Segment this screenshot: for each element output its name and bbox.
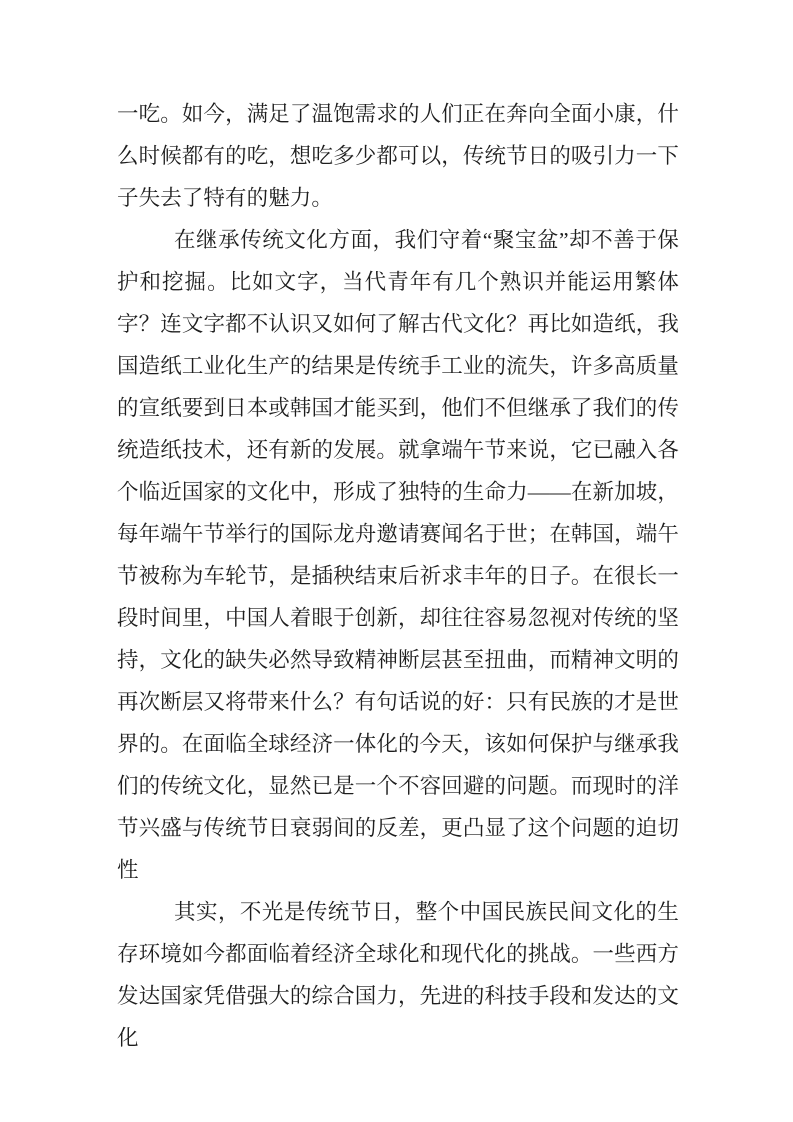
document-text-body: 一吃。如今，满足了温饱需求的人们正在奔向全面小康，什么时候都有的吃，想吃多少都可…	[117, 93, 679, 1059]
paragraph: 其实，不光是传统节日，整个中国民族民间文化的生存环境如今都面临着经济全球化和现代…	[117, 891, 679, 1059]
paragraph: 一吃。如今，满足了温饱需求的人们正在奔向全面小康，什么时候都有的吃，想吃多少都可…	[117, 93, 679, 219]
document-page: 一吃。如今，满足了温饱需求的人们正在奔向全面小康，什么时候都有的吃，想吃多少都可…	[0, 0, 793, 1122]
paragraph: 在继承传统文化方面，我们守着“聚宝盆”却不善于保护和挖掘。比如文字，当代青年有几…	[117, 219, 679, 891]
